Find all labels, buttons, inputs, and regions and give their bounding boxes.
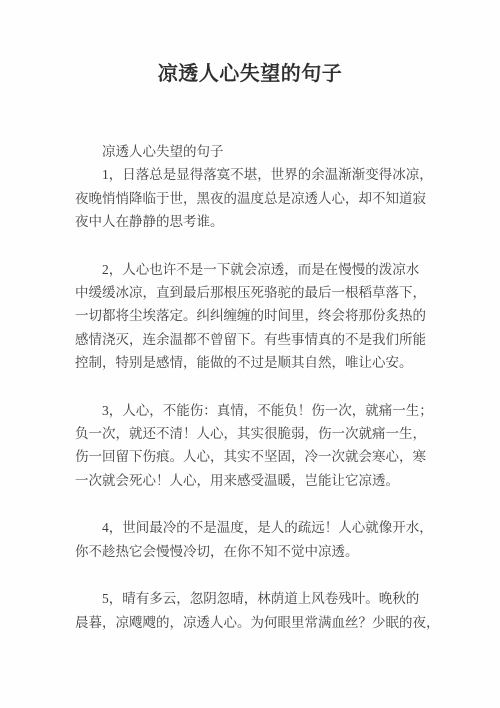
text-line: 负一次，就还不清！人心，其实很脆弱，伤一次就痛一生， [75, 422, 450, 445]
text-line: 你不趁热它会慢慢冷切，在你不知不觉中凉透。 [75, 540, 450, 563]
text-line: 一次就会死心！人心，用来感受温暖，岂能让它凉透。 [75, 469, 450, 492]
paragraph: 1，日落总是显得落寞不堪，世界的余温渐渐变得冰凉，夜晚悄悄降临于世，黑夜的温度总… [75, 163, 450, 233]
text-line: 伤一回留下伤痕。人心，其实不坚固，冷一次就会寒心，寒 [75, 445, 450, 468]
paragraph: 5，晴有多云，忽阴忽晴，林荫道上风卷残叶。晚秋的晨暮，凉飕飕的，凉透人心。为何眼… [75, 587, 450, 634]
paragraph-list: 1，日落总是显得落寞不堪，世界的余温渐渐变得冰凉，夜晚悄悄降临于世，黑夜的温度总… [75, 163, 450, 634]
document-body: 凉透人心失望的句子 1，日落总是显得落寞不堪，世界的余温渐渐变得冰凉，夜晚悄悄降… [0, 88, 500, 634]
page-title: 凉透人心失望的句子 [0, 0, 500, 88]
text-line: 3，人心，不能伤：真情，不能负！伤一次，就痛一生； [75, 399, 450, 422]
text-line: 中缓缓冰凉，直到最后那根压死骆驼的最后一根稻草落下， [75, 281, 450, 304]
text-line: 晨暮，凉飕飕的，凉透人心。为何眼里常满血丝？少眠的夜， [75, 611, 450, 634]
text-line: 4，世间最冷的不是温度，是人的疏远！人心就像开水， [75, 516, 450, 539]
paragraph: 4，世间最冷的不是温度，是人的疏远！人心就像开水，你不趁热它会慢慢冷切，在你不知… [75, 516, 450, 563]
text-line: 2，人心也许不是一下就会凉透，而是在慢慢的泼凉水 [75, 258, 450, 281]
paragraph: 3，人心，不能伤：真情，不能负！伤一次，就痛一生；负一次，就还不清！人心，其实很… [75, 399, 450, 493]
text-line: 控制，特别是感情，能做的不过是顺其自然，唯让心安。 [75, 351, 450, 374]
document-subtitle: 凉透人心失望的句子 [75, 140, 450, 163]
text-line: 1，日落总是显得落寞不堪，世界的余温渐渐变得冰凉， [75, 163, 450, 186]
document-page: 凉透人心失望的句子 凉透人心失望的句子 1，日落总是显得落寞不堪，世界的余温渐渐… [0, 0, 500, 708]
text-line: 感情浇灭，连余温都不曾留下。有些事情真的不是我们所能 [75, 328, 450, 351]
paragraph: 2，人心也许不是一下就会凉透，而是在慢慢的泼凉水中缓缓冰凉，直到最后那根压死骆驼… [75, 258, 450, 375]
text-line: 夜中人在静静的思考谁。 [75, 210, 450, 233]
text-line: 一切都将尘埃落定。纠纠缠缠的时间里，终会将那份炙热的 [75, 304, 450, 327]
text-line: 夜晚悄悄降临于世，黑夜的温度总是凉透人心，却不知道寂 [75, 187, 450, 210]
text-line: 5，晴有多云，忽阴忽晴，林荫道上风卷残叶。晚秋的 [75, 587, 450, 610]
